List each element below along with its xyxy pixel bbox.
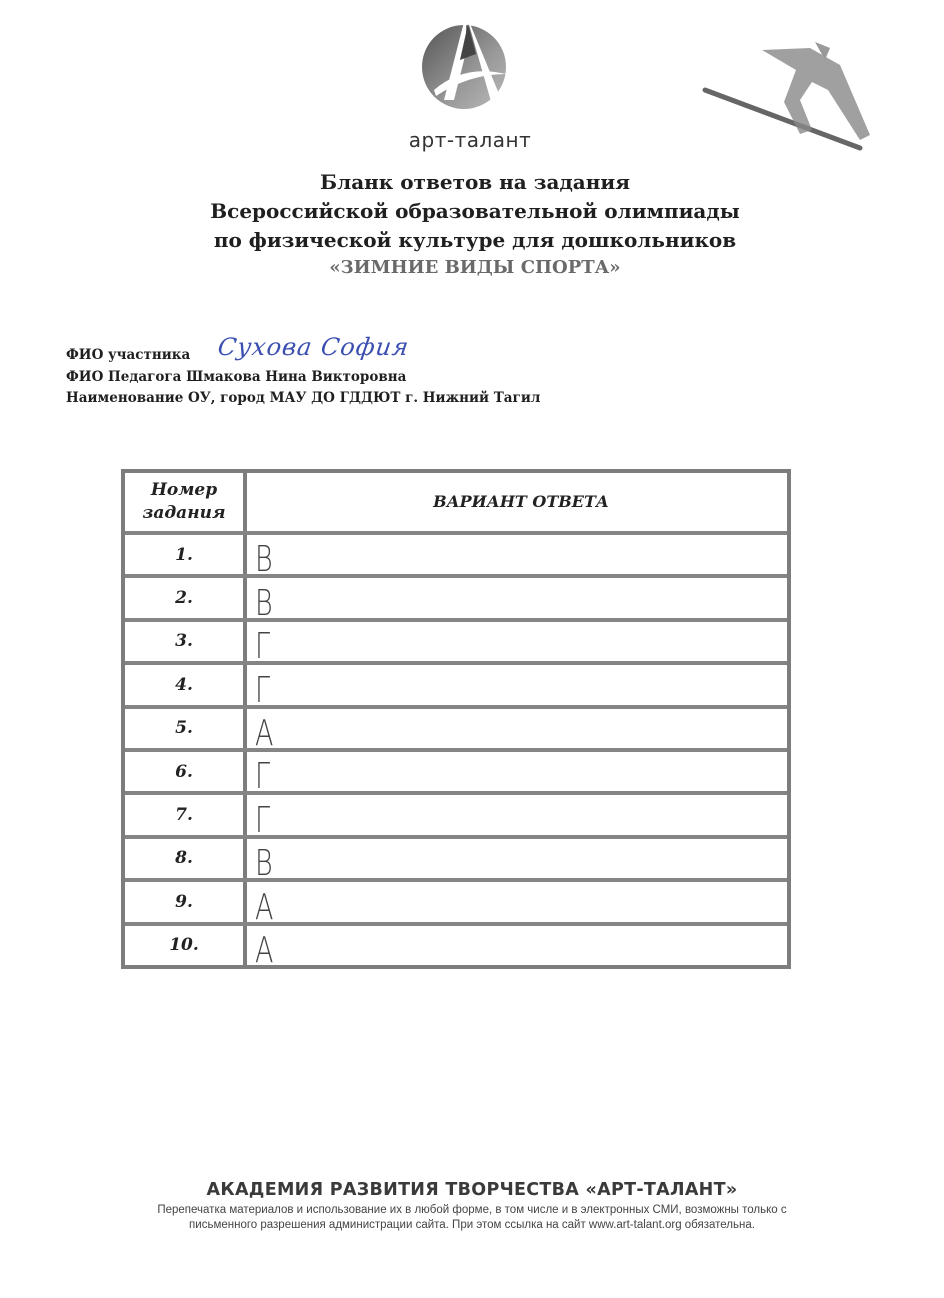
teacher-line: ФИО Педагога Шмакова Нина Викторовна: [66, 369, 406, 385]
table-row: 8.В: [125, 835, 787, 878]
handwritten-answer: В: [255, 586, 273, 622]
table-row: 10.А: [125, 922, 787, 965]
handwritten-answer: Г: [255, 629, 270, 665]
table-row: 3.Г: [125, 618, 787, 661]
title-line-1: Бланк ответов на задания: [120, 170, 830, 194]
answer-cell[interactable]: А: [255, 926, 787, 965]
task-number: 5.: [125, 709, 247, 748]
teacher-label: ФИО Педагога: [66, 369, 181, 385]
answer-cell[interactable]: А: [255, 882, 787, 921]
task-number: 7.: [125, 795, 247, 834]
task-number: 3.: [125, 622, 247, 661]
footer-title: АКАДЕМИЯ РАЗВИТИЯ ТВОРЧЕСТВА «АРТ-ТАЛАНТ…: [90, 1180, 854, 1200]
task-number: 8.: [125, 839, 247, 878]
header-task-number-line2: задания: [143, 502, 226, 525]
answer-cell[interactable]: Г: [255, 622, 787, 661]
handwritten-answer: В: [255, 542, 273, 578]
teacher-value: Шмакова Нина Викторовна: [186, 369, 406, 385]
answer-cell[interactable]: В: [255, 535, 787, 574]
answers-table: Номер задания ВАРИАНТ ОТВЕТА 1.В2.В3.Г4.…: [121, 469, 791, 969]
header-answer-variant: ВАРИАНТ ОТВЕТА: [255, 473, 787, 531]
institution-value: МАУ ДО ГДДЮТ г. Нижний Тагил: [270, 390, 541, 406]
table-row: 7.Г: [125, 791, 787, 834]
task-number: 2.: [125, 578, 247, 617]
answer-cell[interactable]: Г: [255, 795, 787, 834]
task-number: 1.: [125, 535, 247, 574]
task-number: 9.: [125, 882, 247, 921]
footer-note-line2: письменного разрешения администрации сай…: [80, 1218, 864, 1233]
table-header-row: Номер задания ВАРИАНТ ОТВЕТА: [125, 473, 787, 531]
task-number: 4.: [125, 665, 247, 704]
participant-label: ФИО участника: [66, 347, 190, 363]
art-talant-logo-icon: [414, 12, 514, 112]
handwritten-answer: А: [255, 933, 273, 969]
olympiad-theme: «ЗИМНИЕ ВИДЫ СПОРТА»: [120, 257, 830, 278]
handwritten-answer: Г: [255, 673, 270, 709]
table-row: 5.А: [125, 705, 787, 748]
answer-cell[interactable]: В: [255, 578, 787, 617]
ski-jumper-icon: [700, 30, 900, 160]
institution-label: Наименование ОУ, город: [66, 390, 265, 406]
participant-name-handwritten: Сухова София: [216, 333, 411, 361]
title-line-2: Всероссийской образовательной олимпиады: [120, 199, 830, 223]
institution-line: Наименование ОУ, город МАУ ДО ГДДЮТ г. Н…: [66, 390, 540, 406]
handwritten-answer: Г: [255, 759, 270, 795]
table-row: 2.В: [125, 574, 787, 617]
handwritten-answer: А: [255, 716, 273, 752]
answer-cell[interactable]: В: [255, 839, 787, 878]
task-number: 6.: [125, 752, 247, 791]
answer-cell[interactable]: Г: [255, 752, 787, 791]
table-row: 1.В: [125, 531, 787, 574]
header-task-number-line1: Номер: [151, 479, 217, 502]
answer-cell[interactable]: А: [255, 709, 787, 748]
handwritten-answer: А: [255, 890, 273, 926]
table-row: 9.А: [125, 878, 787, 921]
logo-text: арт-талант: [340, 128, 600, 152]
handwritten-answer: В: [255, 846, 273, 882]
footer-note-line1: Перепечатка материалов и использование и…: [80, 1203, 864, 1218]
footer-copyright-note: Перепечатка материалов и использование и…: [80, 1203, 864, 1233]
table-row: 6.Г: [125, 748, 787, 791]
answer-cell[interactable]: Г: [255, 665, 787, 704]
header-task-number: Номер задания: [125, 473, 247, 531]
title-line-3: по физической культуре для дошкольников: [120, 228, 830, 252]
handwritten-answer: Г: [255, 803, 270, 839]
task-number: 10.: [125, 926, 247, 965]
table-row: 4.Г: [125, 661, 787, 704]
